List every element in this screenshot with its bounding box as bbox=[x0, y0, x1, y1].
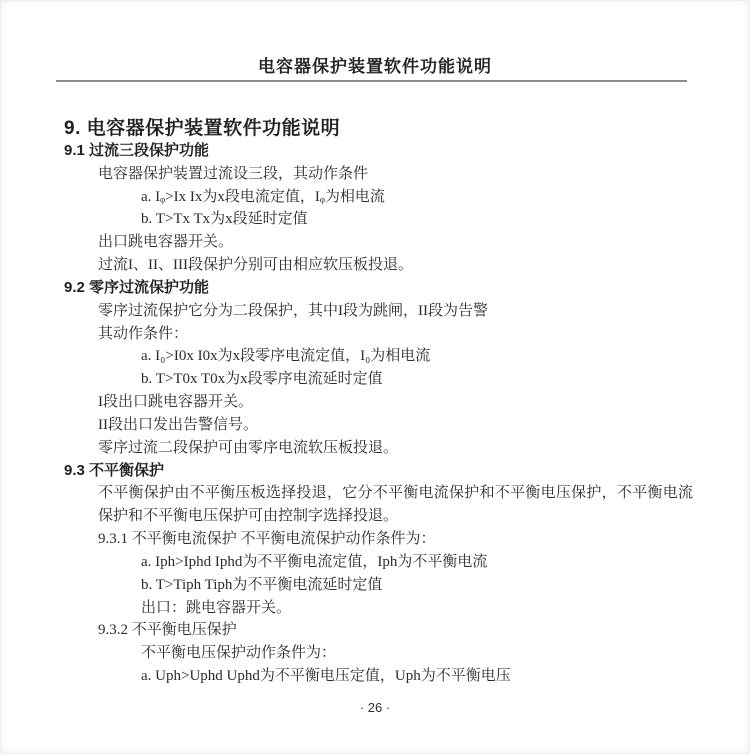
page-number: · 26 · bbox=[1, 700, 749, 715]
doc-line: I段出口跳电容器开关。 bbox=[1, 391, 693, 414]
doc-line: 过流I、II、III段保护分别可由相应软压板投退。 bbox=[1, 254, 693, 277]
doc-line: 9.3.2 不平衡电压保护 bbox=[1, 619, 693, 642]
doc-line: 零序过流保护它分为二段保护，其中I段为跳闸，II段为告警 bbox=[1, 300, 693, 323]
document-title: 9. 电容器保护装置软件功能说明 bbox=[64, 113, 340, 140]
doc-line: II段出口发出告警信号。 bbox=[1, 414, 693, 437]
doc-line: b. T>T0x T0x为x段零序电流延时定值 bbox=[1, 368, 693, 391]
doc-line: a. Iᵩ>Ix Ix为x段电流定值，Iᵩ为相电流 bbox=[1, 186, 693, 209]
doc-line: a. Uph>Uphd Uphd为不平衡电压定值，Uph为不平衡电压 bbox=[1, 665, 693, 688]
section-heading-9-1: 9.1 过流三段保护功能 bbox=[1, 140, 693, 163]
doc-line: 出口跳电容器开关。 bbox=[1, 231, 693, 254]
document-body: 9.1 过流三段保护功能 电容器保护装置过流设三段，其动作条件 a. Iᵩ>Ix… bbox=[1, 140, 693, 688]
doc-line: a. Iph>Iphd Iphd为不平衡电流定值，Iph为不平衡电流 bbox=[1, 551, 693, 574]
doc-line: 9.3.1 不平衡电流保护 不平衡电流保护动作条件为： bbox=[1, 528, 693, 551]
section-heading-9-3: 9.3 不平衡保护 bbox=[1, 460, 693, 483]
doc-line: 零序过流二段保护可由零序电流软压板投退。 bbox=[1, 437, 693, 460]
section-heading-9-2: 9.2 零序过流保护功能 bbox=[1, 277, 693, 300]
doc-line: b. T>Tx Tx为x段延时定值 bbox=[1, 208, 693, 231]
doc-line: 出口：跳电容器开关。 bbox=[1, 597, 693, 620]
doc-line: 电容器保护装置过流设三段，其动作条件 bbox=[1, 163, 693, 186]
doc-paragraph: 不平衡保护由不平衡压板选择投退，它分不平衡电流保护和不平衡电压保护，不平衡电流保… bbox=[1, 482, 693, 528]
header-rule bbox=[56, 80, 687, 82]
doc-line: 其动作条件： bbox=[1, 323, 693, 346]
doc-line: 不平衡电压保护动作条件为： bbox=[1, 642, 693, 665]
document-page: 电容器保护装置软件功能说明 9. 电容器保护装置软件功能说明 9.1 过流三段保… bbox=[0, 0, 750, 754]
doc-line: a. I₀>I0x I0x为x段零序电流定值，I₀为相电流 bbox=[1, 345, 693, 368]
page-header-title: 电容器保护装置软件功能说明 bbox=[1, 52, 749, 77]
doc-line: b. T>Tiph Tiph为不平衡电流延时定值 bbox=[1, 574, 693, 597]
